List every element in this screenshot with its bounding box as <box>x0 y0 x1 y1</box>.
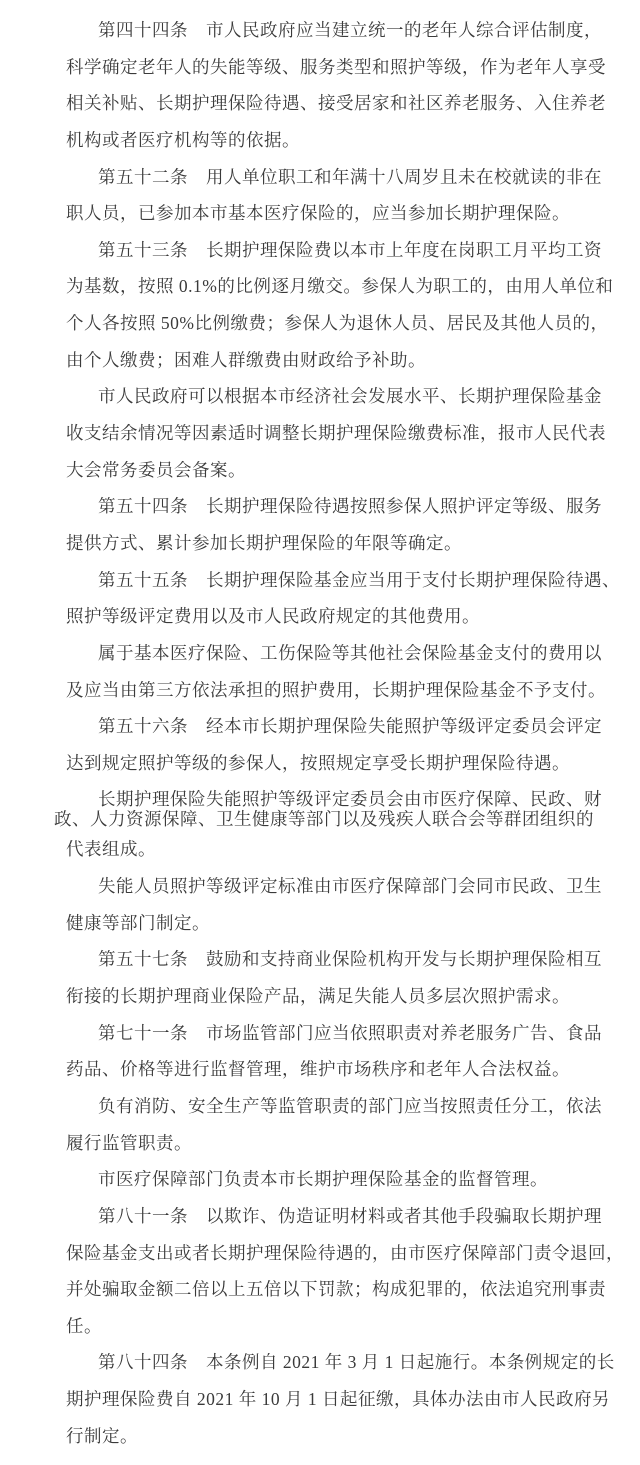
text-line: 由个人缴费；困难人群缴费由财政给予补助。 <box>66 342 640 379</box>
text-line: 第七十一条 市场监管部门应当依照职责对养老服务广告、食品 <box>66 1015 640 1052</box>
paragraph-evaluation-standard: 失能人员照护等级评定标准由市医疗保障部门会同市民政、卫生 健康等部门制定。 <box>66 868 640 941</box>
text-line: 第五十三条 长期护理保险费以本市上年度在岗职工月平均工资 <box>66 232 640 269</box>
paragraph-article-71: 第七十一条 市场监管部门应当依照职责对养老服务广告、食品 药品、价格等进行监督管… <box>66 1015 640 1088</box>
paragraph-article-44: 第四十四条 市人民政府应当建立统一的老年人综合评估制度， 科学确定老年人的失能等… <box>66 12 640 159</box>
text-line: 任。 <box>66 1308 640 1345</box>
text-line: 科学确定老年人的失能等级、服务类型和照护等级，作为老年人享受 <box>66 49 640 86</box>
text-line: 代表组成。 <box>66 831 640 868</box>
text-line: 机构或者医疗机构等的依据。 <box>66 122 640 159</box>
text-line: 照护等级评定费用以及市人民政府规定的其他费用。 <box>66 598 640 635</box>
paragraph-article-56: 第五十六条 经本市长期护理保险失能照护等级评定委员会评定 达到规定照护等级的参保… <box>66 708 640 781</box>
text-line: 第五十七条 鼓励和支持商业保险机构开发与长期护理保险相互 <box>66 941 640 978</box>
text-line: 提供方式、累计参加长期护理保险的年限等确定。 <box>66 525 640 562</box>
text-line: 期护理保险费自 2021 年 10 月 1 日起征缴，具体办法由市人民政府另 <box>66 1381 640 1418</box>
text-line: 行制定。 <box>66 1418 640 1455</box>
text-line: 第八十一条 以欺诈、伪造证明材料或者其他手段骗取长期护理 <box>66 1198 640 1235</box>
text-line: 市医疗保障部门负责本市长期护理保险基金的监督管理。 <box>66 1161 640 1198</box>
paragraph-article-55: 第五十五条 长期护理保险基金应当用于支付长期护理保险待遇、 照护等级评定费用以及… <box>66 562 640 635</box>
text-line: 第四十四条 市人民政府应当建立统一的老年人综合评估制度， <box>66 12 640 49</box>
text-line: 衔接的长期护理商业保险产品，满足失能人员多层次照护需求。 <box>66 978 640 1015</box>
paragraph-fund-supervision: 市医疗保障部门负责本市长期护理保险基金的监督管理。 <box>66 1161 640 1198</box>
text-line: 政、人力资源保障、卫生健康等部门以及残疾人联合会等群团组织的 <box>54 801 640 831</box>
paragraph-article-84: 第八十四条 本条例自 2021 年 3 月 1 日起施行。本条例规定的长 期护理… <box>66 1344 640 1454</box>
document-page: 第四十四条 市人民政府应当建立统一的老年人综合评估制度， 科学确定老年人的失能等… <box>0 0 640 1465</box>
paragraph-supervision-duty: 负有消防、安全生产等监管职责的部门应当按照责任分工，依法 履行监管职责。 <box>66 1088 640 1161</box>
paragraph-article-53: 第五十三条 长期护理保险费以本市上年度在岗职工月平均工资 为基数，按照 0.1%… <box>66 232 640 379</box>
paragraph-exclusion-clause: 属于基本医疗保险、工伤保险等其他社会保险基金支付的费用以 及应当由第三方依法承担… <box>66 635 640 708</box>
text-line: 达到规定照护等级的参保人，按照规定享受长期护理保险待遇。 <box>66 745 640 782</box>
text-line: 相关补贴、长期护理保险待遇、接受居家和社区养老服务、入住养老 <box>66 85 640 122</box>
text-line: 第五十四条 长期护理保险待遇按照参保人照护评定等级、服务 <box>66 488 640 525</box>
paragraph-adjustment-clause: 市人民政府可以根据本市经济社会发展水平、长期护理保险基金 收支结余情况等因素适时… <box>66 378 640 488</box>
text-line: 失能人员照护等级评定标准由市医疗保障部门会同市民政、卫生 <box>66 868 640 905</box>
paragraph-article-57: 第五十七条 鼓励和支持商业保险机构开发与长期护理保险相互 衔接的长期护理商业保险… <box>66 941 640 1014</box>
text-line: 收支结余情况等因素适时调整长期护理保险缴费标准，报市人民代表 <box>66 415 640 452</box>
text-line: 负有消防、安全生产等监管职责的部门应当按照责任分工，依法 <box>66 1088 640 1125</box>
text-line: 第八十四条 本条例自 2021 年 3 月 1 日起施行。本条例规定的长 <box>66 1344 640 1381</box>
text-line: 为基数，按照 0.1%的比例逐月缴交。参保人为职工的，由用人单位和 <box>66 268 640 305</box>
paragraph-article-54: 第五十四条 长期护理保险待遇按照参保人照护评定等级、服务 提供方式、累计参加长期… <box>66 488 640 561</box>
text-line: 药品、价格等进行监督管理，维护市场秩序和老年人合法权益。 <box>66 1051 640 1088</box>
text-line: 长期护理保险失能照护等级评定委员会由市医疗保障、民政、财 <box>66 781 640 801</box>
text-line: 履行监管职责。 <box>66 1125 640 1162</box>
paragraph-article-52: 第五十二条 用人单位职工和年满十八周岁且未在校就读的非在 职人员，已参加本市基本… <box>66 159 640 232</box>
text-line: 健康等部门制定。 <box>66 905 640 942</box>
text-line: 第五十五条 长期护理保险基金应当用于支付长期护理保险待遇、 <box>66 562 640 599</box>
text-line: 大会常务委员会备案。 <box>66 452 640 489</box>
text-line: 及应当由第三方依法承担的照护费用，长期护理保险基金不予支付。 <box>66 672 640 709</box>
text-line: 保险基金支出或者长期护理保险待遇的，由市医疗保障部门责令退回， <box>66 1235 640 1272</box>
text-line: 并处骗取金额二倍以上五倍以下罚款；构成犯罪的，依法追究刑事责 <box>66 1271 640 1308</box>
text-line: 第五十六条 经本市长期护理保险失能照护等级评定委员会评定 <box>66 708 640 745</box>
text-line: 职人员，已参加本市基本医疗保险的，应当参加长期护理保险。 <box>66 195 640 232</box>
paragraph-evaluation-committee: 长期护理保险失能照护等级评定委员会由市医疗保障、民政、财 政、人力资源保障、卫生… <box>66 781 640 868</box>
paragraph-article-81: 第八十一条 以欺诈、伪造证明材料或者其他手段骗取长期护理 保险基金支出或者长期护… <box>66 1198 640 1345</box>
text-line: 个人各按照 50%比例缴费；参保人为退休人员、居民及其他人员的， <box>66 305 640 342</box>
text-line: 市人民政府可以根据本市经济社会发展水平、长期护理保险基金 <box>66 378 640 415</box>
text-line: 第五十二条 用人单位职工和年满十八周岁且未在校就读的非在 <box>66 159 640 196</box>
text-line: 属于基本医疗保险、工伤保险等其他社会保险基金支付的费用以 <box>66 635 640 672</box>
